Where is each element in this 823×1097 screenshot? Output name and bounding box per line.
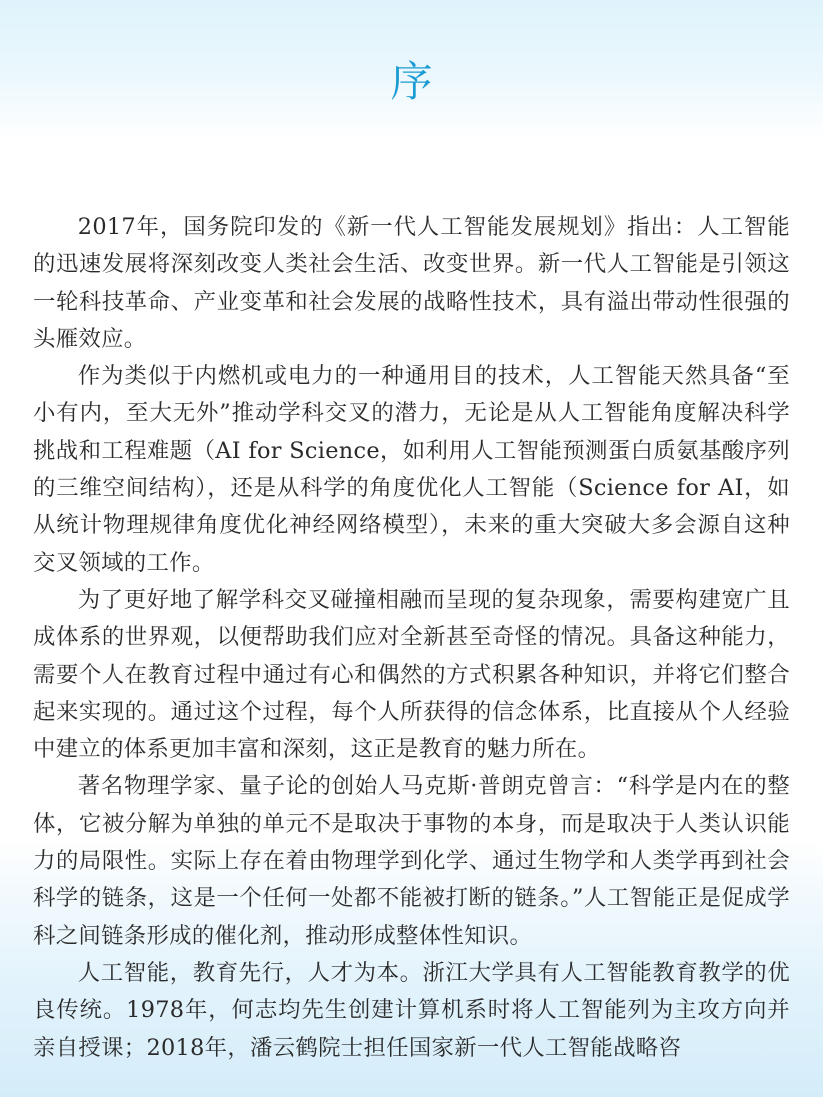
paragraph-planck-quote: 著名物理学家、量子论的创始人马克斯·普朗克曾言：“科学是内在的整体，它被分解为单… — [33, 768, 790, 954]
paragraph-interdisciplinary-worldview: 为了更好地了解学科交叉碰撞相融而呈现的复杂现象，需要构建宽广且成体系的世界观，以… — [33, 582, 790, 768]
paragraph-zju-tradition: 人工智能，教育先行，人才为本。浙江大学具有人工智能教育教学的优良传统。1978年… — [33, 955, 790, 1067]
paragraph-general-purpose-technology: 作为类似于内燃机或电力的一种通用目的技术，人工智能天然具备“至小有内，至大无外”… — [33, 358, 790, 582]
paragraph-ai-development-plan: 2017年，国务院印发的《新一代人工智能发展规划》指出：人工智能的迅速发展将深刻… — [33, 209, 790, 358]
preface-body: 2017年，国务院印发的《新一代人工智能发展规划》指出：人工智能的迅速发展将深刻… — [33, 209, 790, 1067]
page-title: 序 — [0, 54, 823, 110]
